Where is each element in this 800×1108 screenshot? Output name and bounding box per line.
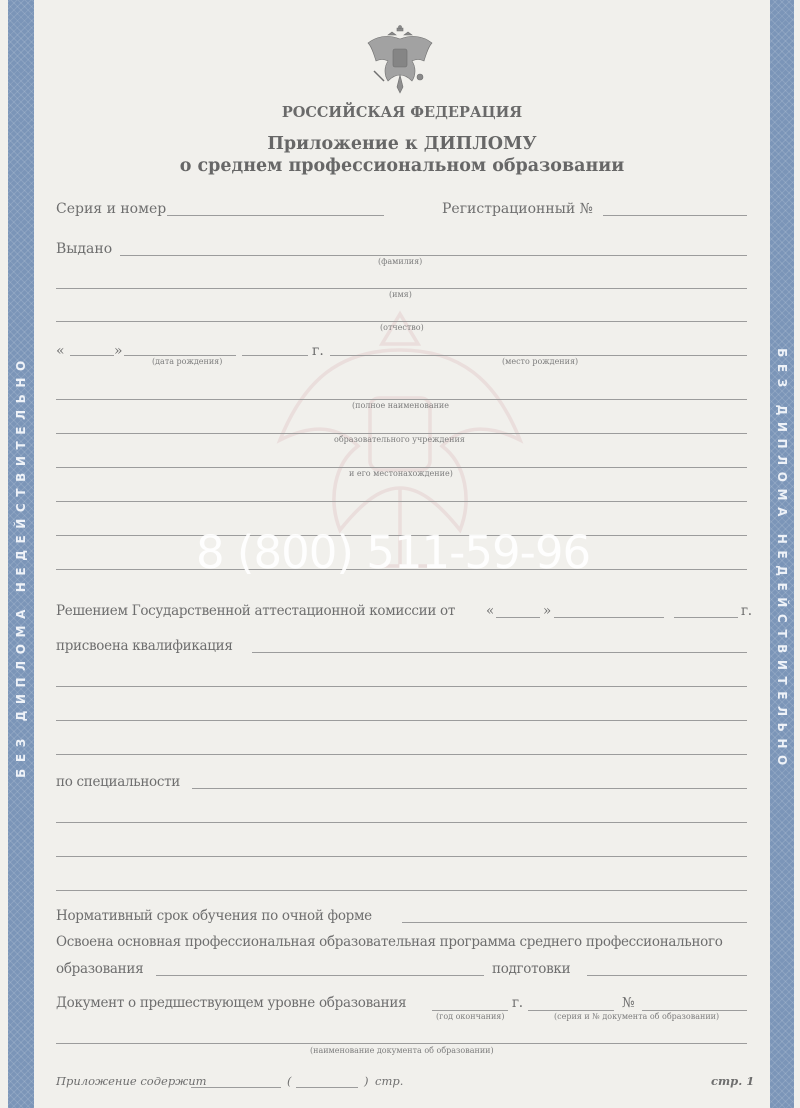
right-security-band: БЕЗ ДИПЛОМА НЕДЕЙСТВИТЕЛЬНО bbox=[770, 0, 794, 1108]
commission-year-suffix: г. bbox=[741, 603, 752, 619]
birth-year-field[interactable] bbox=[242, 355, 308, 356]
issued-label: Выдано bbox=[56, 241, 112, 257]
side-band-text-right: БЕЗ ДИПЛОМА НЕДЕЙСТВИТЕЛЬНО bbox=[775, 348, 789, 772]
qualification-field-4[interactable] bbox=[56, 754, 747, 755]
study-term-field[interactable] bbox=[402, 922, 747, 923]
pages-paren-open: ( bbox=[287, 1074, 292, 1088]
previous-doc-year-suffix: г. bbox=[512, 995, 523, 1011]
birth-place-caption: (место рождения) bbox=[502, 357, 578, 366]
document-title-line2: о среднем профессиональном образовании bbox=[34, 156, 770, 176]
surname-field[interactable] bbox=[120, 255, 747, 256]
program-education-label: образования bbox=[56, 961, 143, 977]
commission-year-field[interactable] bbox=[674, 617, 738, 618]
qualification-field-1[interactable] bbox=[252, 652, 747, 653]
previous-doc-series-caption: (серия и № документа об образовании) bbox=[554, 1012, 719, 1021]
reg-number-label: Регистрационный № bbox=[442, 201, 593, 217]
pages-count-label: Приложение содержит bbox=[56, 1074, 207, 1088]
previous-doc-number-sign: № bbox=[622, 995, 634, 1011]
russian-coat-of-arms-icon bbox=[364, 25, 436, 95]
patronymic-caption: (отчество) bbox=[380, 323, 424, 332]
program-training-field[interactable] bbox=[587, 975, 747, 976]
qualification-field-2[interactable] bbox=[56, 686, 747, 687]
pages-suffix: стр. bbox=[375, 1074, 403, 1088]
previous-doc-name-field[interactable] bbox=[56, 1043, 747, 1044]
previous-doc-label: Документ о предшествующем уровне образов… bbox=[56, 995, 406, 1011]
previous-doc-year-caption: (год окончания) bbox=[436, 1012, 504, 1021]
institution-caption-3: и его местонахождение) bbox=[349, 469, 453, 478]
country-heading: РОССИЙСКАЯ ФЕДЕРАЦИЯ bbox=[34, 104, 770, 121]
institution-caption-2: образовательного учреждения bbox=[334, 435, 465, 444]
specialty-field-1[interactable] bbox=[192, 788, 747, 789]
previous-doc-name-caption: (наименование документа об образовании) bbox=[310, 1046, 494, 1055]
patronymic-field[interactable] bbox=[56, 321, 747, 322]
qualification-label: присвоена квалификация bbox=[56, 638, 233, 654]
birth-year-suffix: г. bbox=[312, 343, 324, 359]
pages-paren-close: ) bbox=[364, 1074, 369, 1088]
qualification-field-3[interactable] bbox=[56, 720, 747, 721]
specialty-label: по специальности bbox=[56, 774, 180, 790]
specialty-field-4[interactable] bbox=[56, 890, 747, 891]
commission-open-quote: « bbox=[486, 603, 494, 619]
left-security-band: БЕЗ ДИПЛОМА НЕДЕЙСТВИТЕЛЬНО bbox=[8, 0, 34, 1108]
reg-number-field[interactable] bbox=[603, 215, 747, 216]
page-number: стр. 1 bbox=[711, 1074, 754, 1088]
institution-field-4[interactable] bbox=[56, 501, 747, 502]
birth-close-quote: » bbox=[114, 343, 123, 359]
commission-month-field[interactable] bbox=[554, 617, 664, 618]
institution-caption-1: (полное наименование bbox=[352, 401, 449, 410]
birth-month-field[interactable] bbox=[124, 355, 236, 356]
commission-close-quote: » bbox=[543, 603, 551, 619]
pages-words-field[interactable] bbox=[296, 1087, 358, 1088]
series-field[interactable] bbox=[167, 215, 384, 216]
side-band-text-left: БЕЗ ДИПЛОМА НЕДЕЙСТВИТЕЛЬНО bbox=[14, 354, 28, 778]
commission-day-field[interactable] bbox=[496, 617, 540, 618]
program-level-field[interactable] bbox=[156, 975, 484, 976]
previous-doc-number-field[interactable] bbox=[642, 1010, 747, 1011]
specialty-field-3[interactable] bbox=[56, 856, 747, 857]
previous-doc-year-field[interactable] bbox=[432, 1010, 508, 1011]
previous-doc-series-field[interactable] bbox=[528, 1010, 614, 1011]
birth-place-field[interactable] bbox=[330, 355, 747, 356]
program-line1: Освоена основная профессиональная образо… bbox=[56, 934, 723, 950]
surname-caption: (фамилия) bbox=[378, 257, 422, 266]
birth-open-quote: « bbox=[56, 343, 65, 359]
pages-count-field[interactable] bbox=[191, 1087, 281, 1088]
specialty-field-2[interactable] bbox=[56, 822, 747, 823]
watermark-phone: 8 (800) 511-59-96 bbox=[196, 526, 590, 579]
name-field[interactable] bbox=[56, 288, 747, 289]
name-caption: (имя) bbox=[389, 290, 412, 299]
institution-field-3[interactable] bbox=[56, 467, 747, 468]
institution-field-1[interactable] bbox=[56, 399, 747, 400]
series-label: Серия и номер bbox=[56, 201, 166, 217]
commission-label: Решением Государственной аттестационной … bbox=[56, 603, 455, 619]
study-term-label: Нормативный срок обучения по очной форме bbox=[56, 908, 372, 924]
program-training-label: подготовки bbox=[492, 961, 570, 977]
birth-day-field[interactable] bbox=[70, 355, 114, 356]
document-title-line1: Приложение к ДИПЛОМУ bbox=[34, 134, 770, 154]
institution-field-2[interactable] bbox=[56, 433, 747, 434]
birth-date-caption: (дата рождения) bbox=[152, 357, 222, 366]
